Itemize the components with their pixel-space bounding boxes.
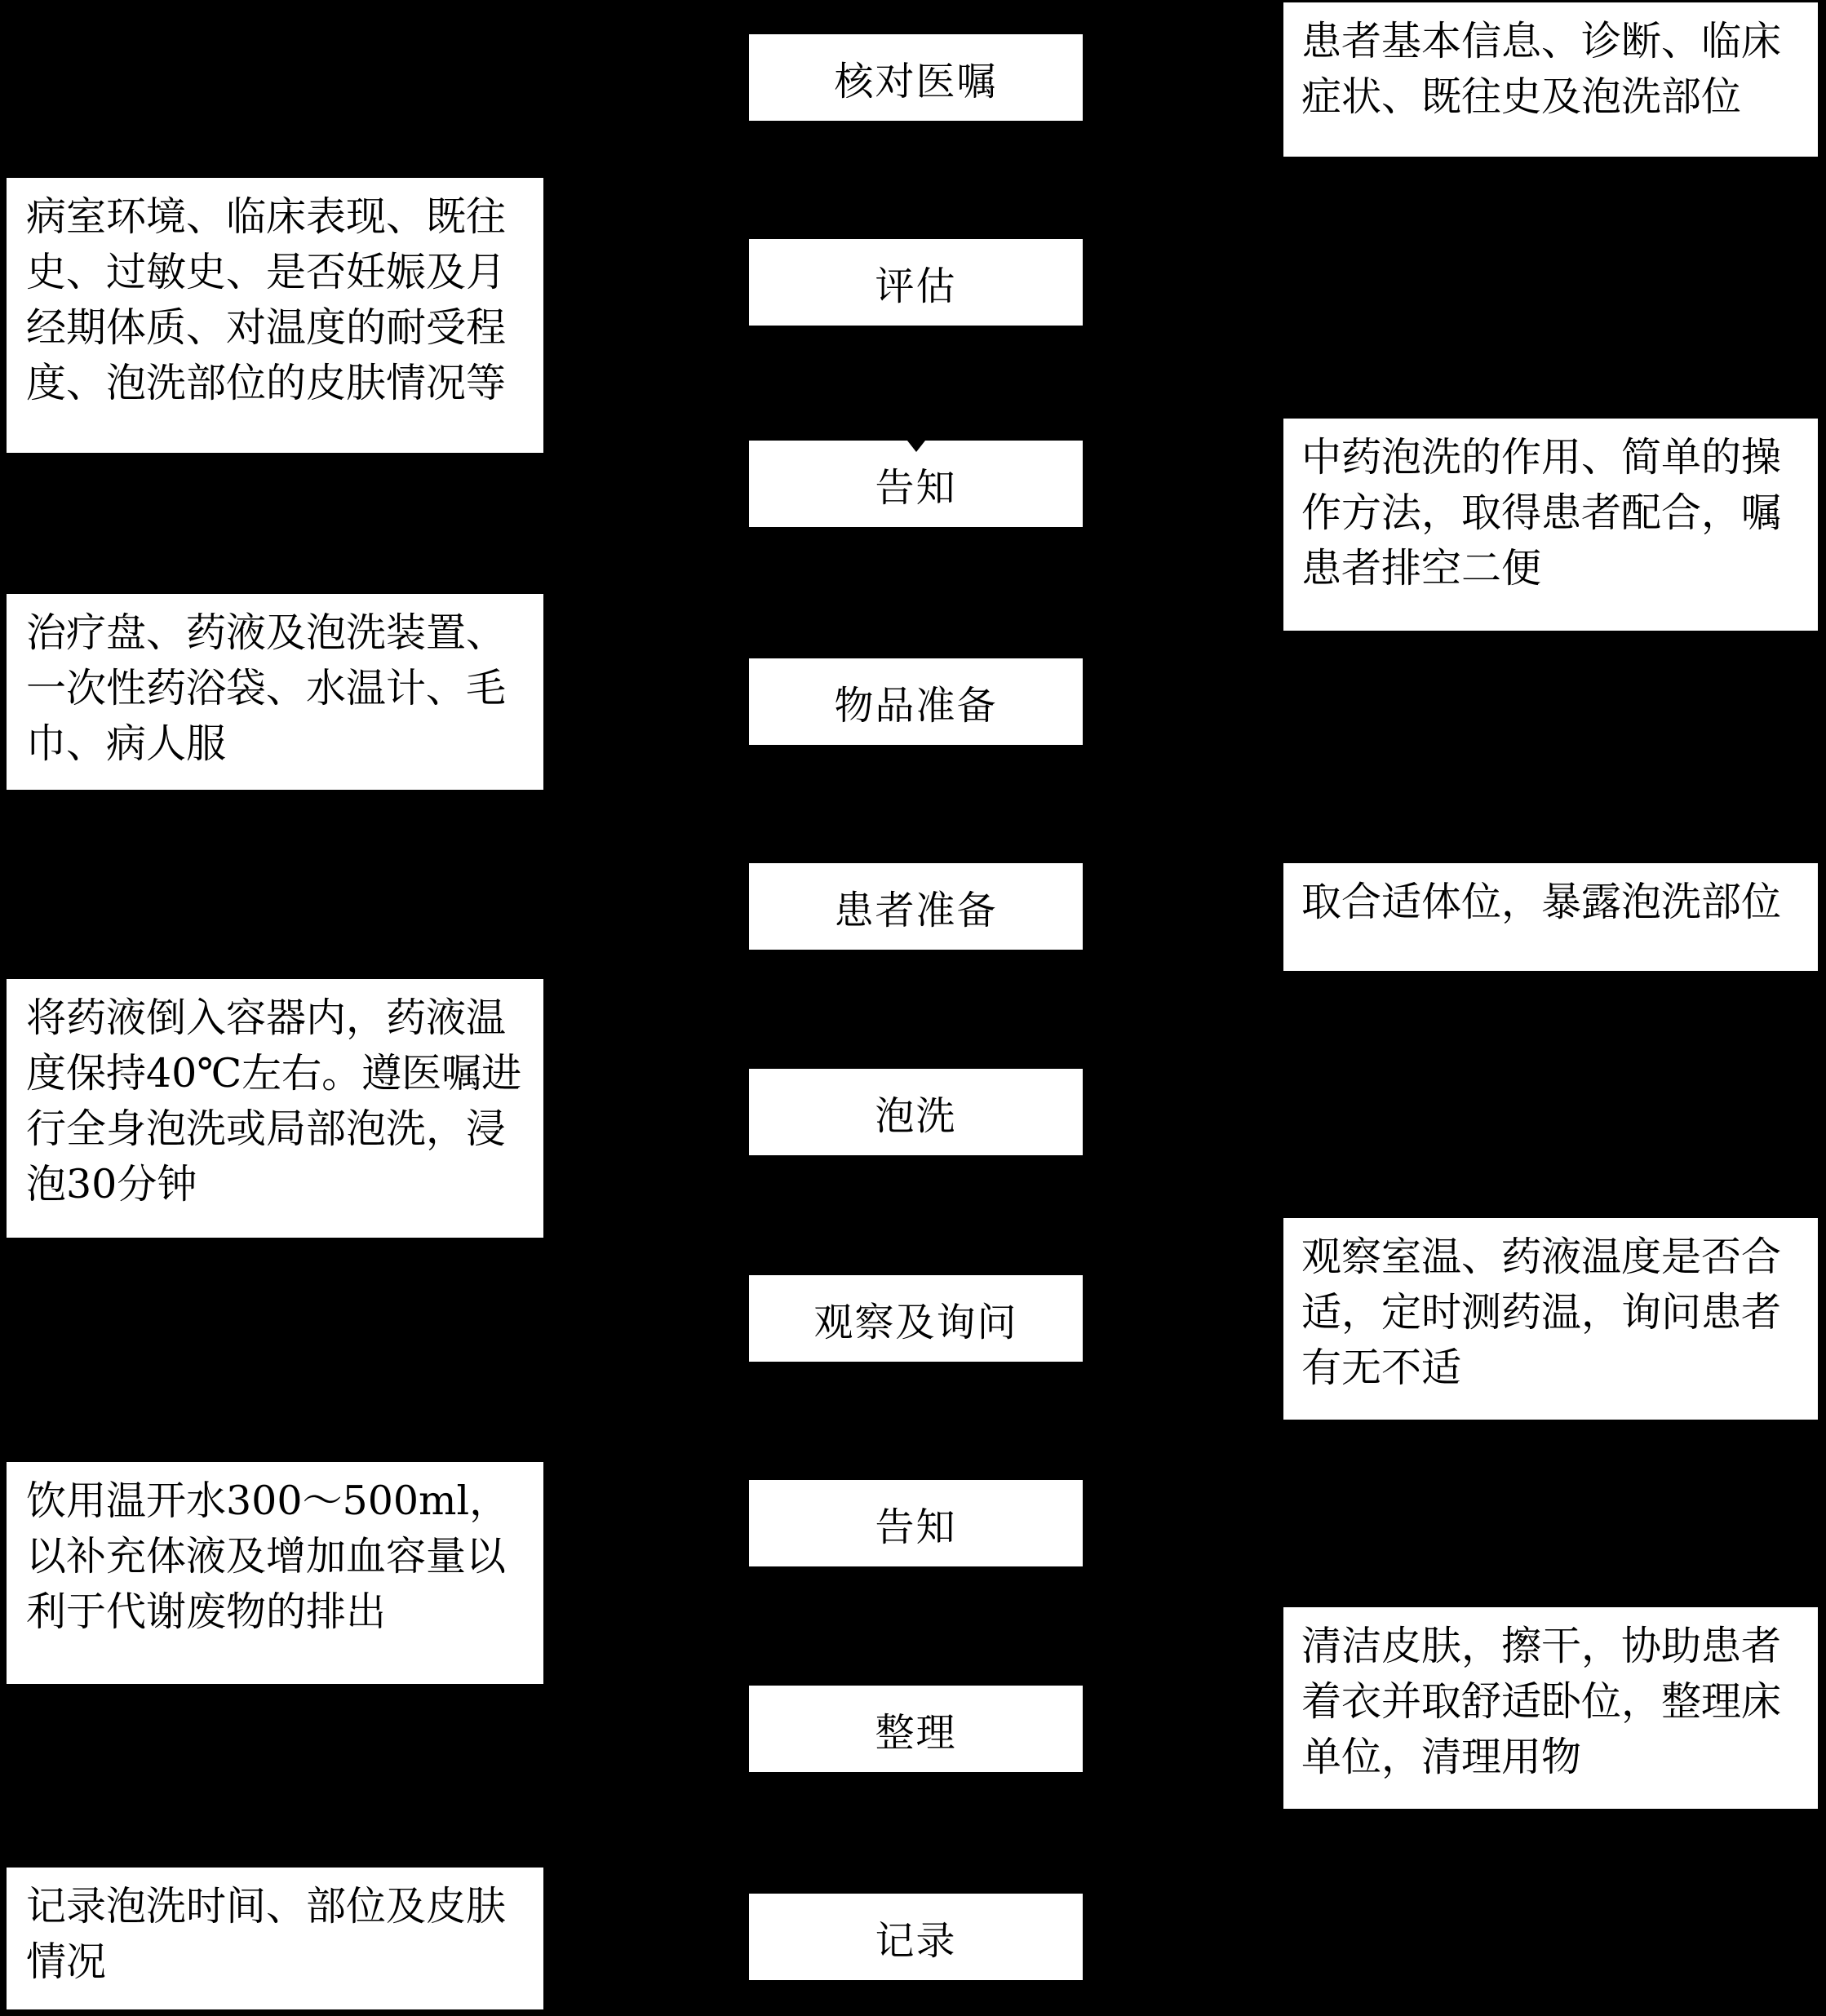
arrow-down-icon xyxy=(907,441,925,452)
note-text: 取合适体位，暴露泡洗部位 xyxy=(1301,879,1781,925)
flow-step-label: 核对医嘱 xyxy=(834,50,997,106)
flow-step-inform-1: 告知 xyxy=(749,441,1083,527)
note-verify-details: 患者基本信息、诊断、临床症状、既往史及泡洗部位 xyxy=(1283,2,1818,157)
flowchart-canvas: 核对医嘱 评估 告知 物品准备 患者准备 泡洗 观察及询问 告知 整理 记录 病… xyxy=(0,0,1826,2016)
note-text: 饮用温开水300～500ml，以补充体液及增加血容量以利于代谢废物的排出 xyxy=(26,1478,509,1635)
flow-step-item-preparation: 物品准备 xyxy=(749,658,1083,745)
flow-step-label: 整理 xyxy=(875,1701,956,1757)
note-soak-procedure: 将药液倒入容器内，药液温度保持40℃左右。遵医嘱进行全身泡洗或局部泡洗，浸泡30… xyxy=(7,979,543,1238)
note-text: 将药液倒入容器内，药液温度保持40℃左右。遵医嘱进行全身泡洗或局部泡洗，浸泡30… xyxy=(26,995,521,1207)
note-assessment-details: 病室环境、临床表现、既往史、过敏史、是否妊娠及月经期体质、对温度的耐受程度、泡洗… xyxy=(7,178,543,453)
flow-step-label: 泡洗 xyxy=(875,1084,956,1141)
flow-step-label: 记录 xyxy=(875,1909,956,1965)
flow-step-label: 告知 xyxy=(875,1495,956,1552)
flow-step-label: 告知 xyxy=(875,456,956,512)
note-record-details: 记录泡洗时间、部位及皮肤情况 xyxy=(7,1868,543,2009)
note-patient-position: 取合适体位，暴露泡洗部位 xyxy=(1283,863,1818,971)
flow-step-patient-preparation: 患者准备 xyxy=(749,863,1083,950)
note-text: 治疗盘、药液及泡洗装置、一次性药浴袋、水温计、毛巾、病人服 xyxy=(26,609,506,767)
note-tidy-details: 清洁皮肤，擦干，协助患者着衣并取舒适卧位，整理床单位，清理用物 xyxy=(1283,1607,1818,1809)
flow-step-tidy-up: 整理 xyxy=(749,1686,1083,1772)
flow-step-observe-inquire: 观察及询问 xyxy=(749,1275,1083,1362)
note-text: 病室环境、临床表现、既往史、过敏史、是否妊娠及月经期体质、对温度的耐受程度、泡洗… xyxy=(26,193,506,406)
flow-step-label: 评估 xyxy=(875,255,956,311)
note-item-list: 治疗盘、药液及泡洗装置、一次性药浴袋、水温计、毛巾、病人服 xyxy=(7,594,543,790)
flow-step-soak: 泡洗 xyxy=(749,1069,1083,1155)
flow-step-inform-2: 告知 xyxy=(749,1480,1083,1566)
note-text: 观察室温、药液温度是否合适，定时测药温，询问患者有无不适 xyxy=(1301,1234,1781,1391)
note-observe-details: 观察室温、药液温度是否合适，定时测药温，询问患者有无不适 xyxy=(1283,1218,1818,1420)
flow-step-label: 患者准备 xyxy=(834,879,997,935)
note-text: 患者基本信息、诊断、临床症状、既往史及泡洗部位 xyxy=(1301,18,1781,120)
flow-step-record: 记录 xyxy=(749,1894,1083,1980)
flow-step-verify-orders: 核对医嘱 xyxy=(749,34,1083,121)
note-text: 中药泡洗的作用、简单的操作方法，取得患者配合，嘱患者排空二便 xyxy=(1301,434,1781,592)
flow-step-label: 观察及询问 xyxy=(813,1291,1017,1347)
note-text: 记录泡洗时间、部位及皮肤情况 xyxy=(26,1883,506,1985)
flow-step-assess: 评估 xyxy=(749,239,1083,326)
note-inform-details: 中药泡洗的作用、简单的操作方法，取得患者配合，嘱患者排空二便 xyxy=(1283,419,1818,631)
note-text: 清洁皮肤，擦干，协助患者着衣并取舒适卧位，整理床单位，清理用物 xyxy=(1301,1623,1781,1780)
note-drink-water: 饮用温开水300～500ml，以补充体液及增加血容量以利于代谢废物的排出 xyxy=(7,1462,543,1684)
flow-step-label: 物品准备 xyxy=(834,674,997,730)
